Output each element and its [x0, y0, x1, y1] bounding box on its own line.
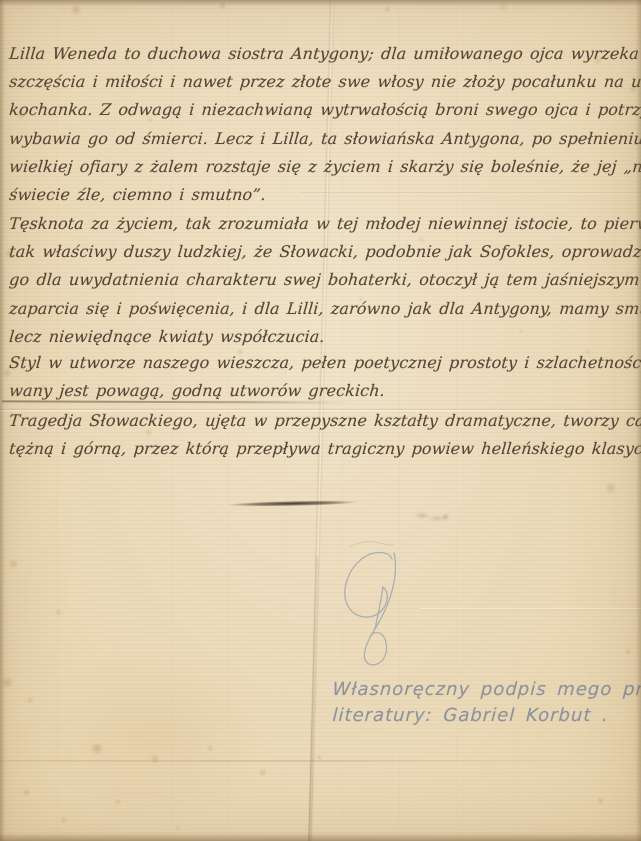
paragraph-1: Lilla Weneda to duchowa siostra Antygony…	[8, 40, 641, 209]
handwritten-line: kochanka. Z odwagą i niezachwianą wytrwa…	[8, 96, 641, 124]
handwritten-line: Tęsknota za życiem, tak zrozumiała w tej…	[8, 210, 641, 238]
handwritten-line: tężną i górną, przez którą przepływa tra…	[8, 435, 641, 463]
pencil-annotation-line: literatury: Gabriel Korbut .	[332, 706, 609, 726]
manuscript-page: Lilla Weneda to duchowa siostra Antygony…	[0, 0, 641, 841]
handwritten-line: świecie źle, ciemno i smutno”.	[8, 181, 641, 209]
paragraph-3: Styl w utworze naszego wieszcza, pełen p…	[8, 349, 641, 405]
handwritten-line: tak właściwy duszy ludzkiej, że Słowacki…	[8, 238, 641, 266]
paragraph-2: Tęsknota za życiem, tak zrozumiała w tej…	[8, 210, 641, 351]
handwritten-line: Tragedja Słowackiego, ujęta w przepyszne…	[8, 407, 641, 435]
paragraph-4: Tragedja Słowackiego, ujęta w przepyszne…	[8, 407, 641, 463]
faint-pencil-curl	[346, 538, 394, 550]
handwritten-line: Lilla Weneda to duchowa siostra Antygony…	[8, 40, 641, 68]
handwritten-line: zaparcia się i poświęcenia, i dla Lilli,…	[8, 295, 641, 323]
vertical-fold-crease-dark	[308, 556, 319, 841]
handwritten-line: Styl w utworze naszego wieszcza, pełen p…	[8, 349, 641, 377]
faint-pencil-smudge	[408, 510, 452, 523]
handwritten-line: szczęścia i miłości i nawet przez złote …	[8, 68, 641, 96]
ink-flourish-divider	[228, 500, 358, 508]
handwritten-line: wybawia go od śmierci. Lecz i Lilla, ta …	[8, 125, 641, 153]
handwritten-line: wany jest powagą, godną utworów greckich…	[8, 377, 641, 405]
horizontal-crease	[0, 760, 620, 762]
handwritten-line: wielkiej ofiary z żalem rozstaje się z ż…	[8, 153, 641, 181]
monogram-g-pencil-icon	[336, 548, 408, 672]
handwritten-line: lecz niewiędnące kwiaty współczucia.	[8, 323, 641, 351]
pencil-annotation-line: Własnoręczny podpis mego profesora	[332, 680, 641, 700]
horizontal-crease	[420, 608, 641, 611]
handwritten-line: go dla uwydatnienia charakteru swej boha…	[8, 266, 641, 294]
